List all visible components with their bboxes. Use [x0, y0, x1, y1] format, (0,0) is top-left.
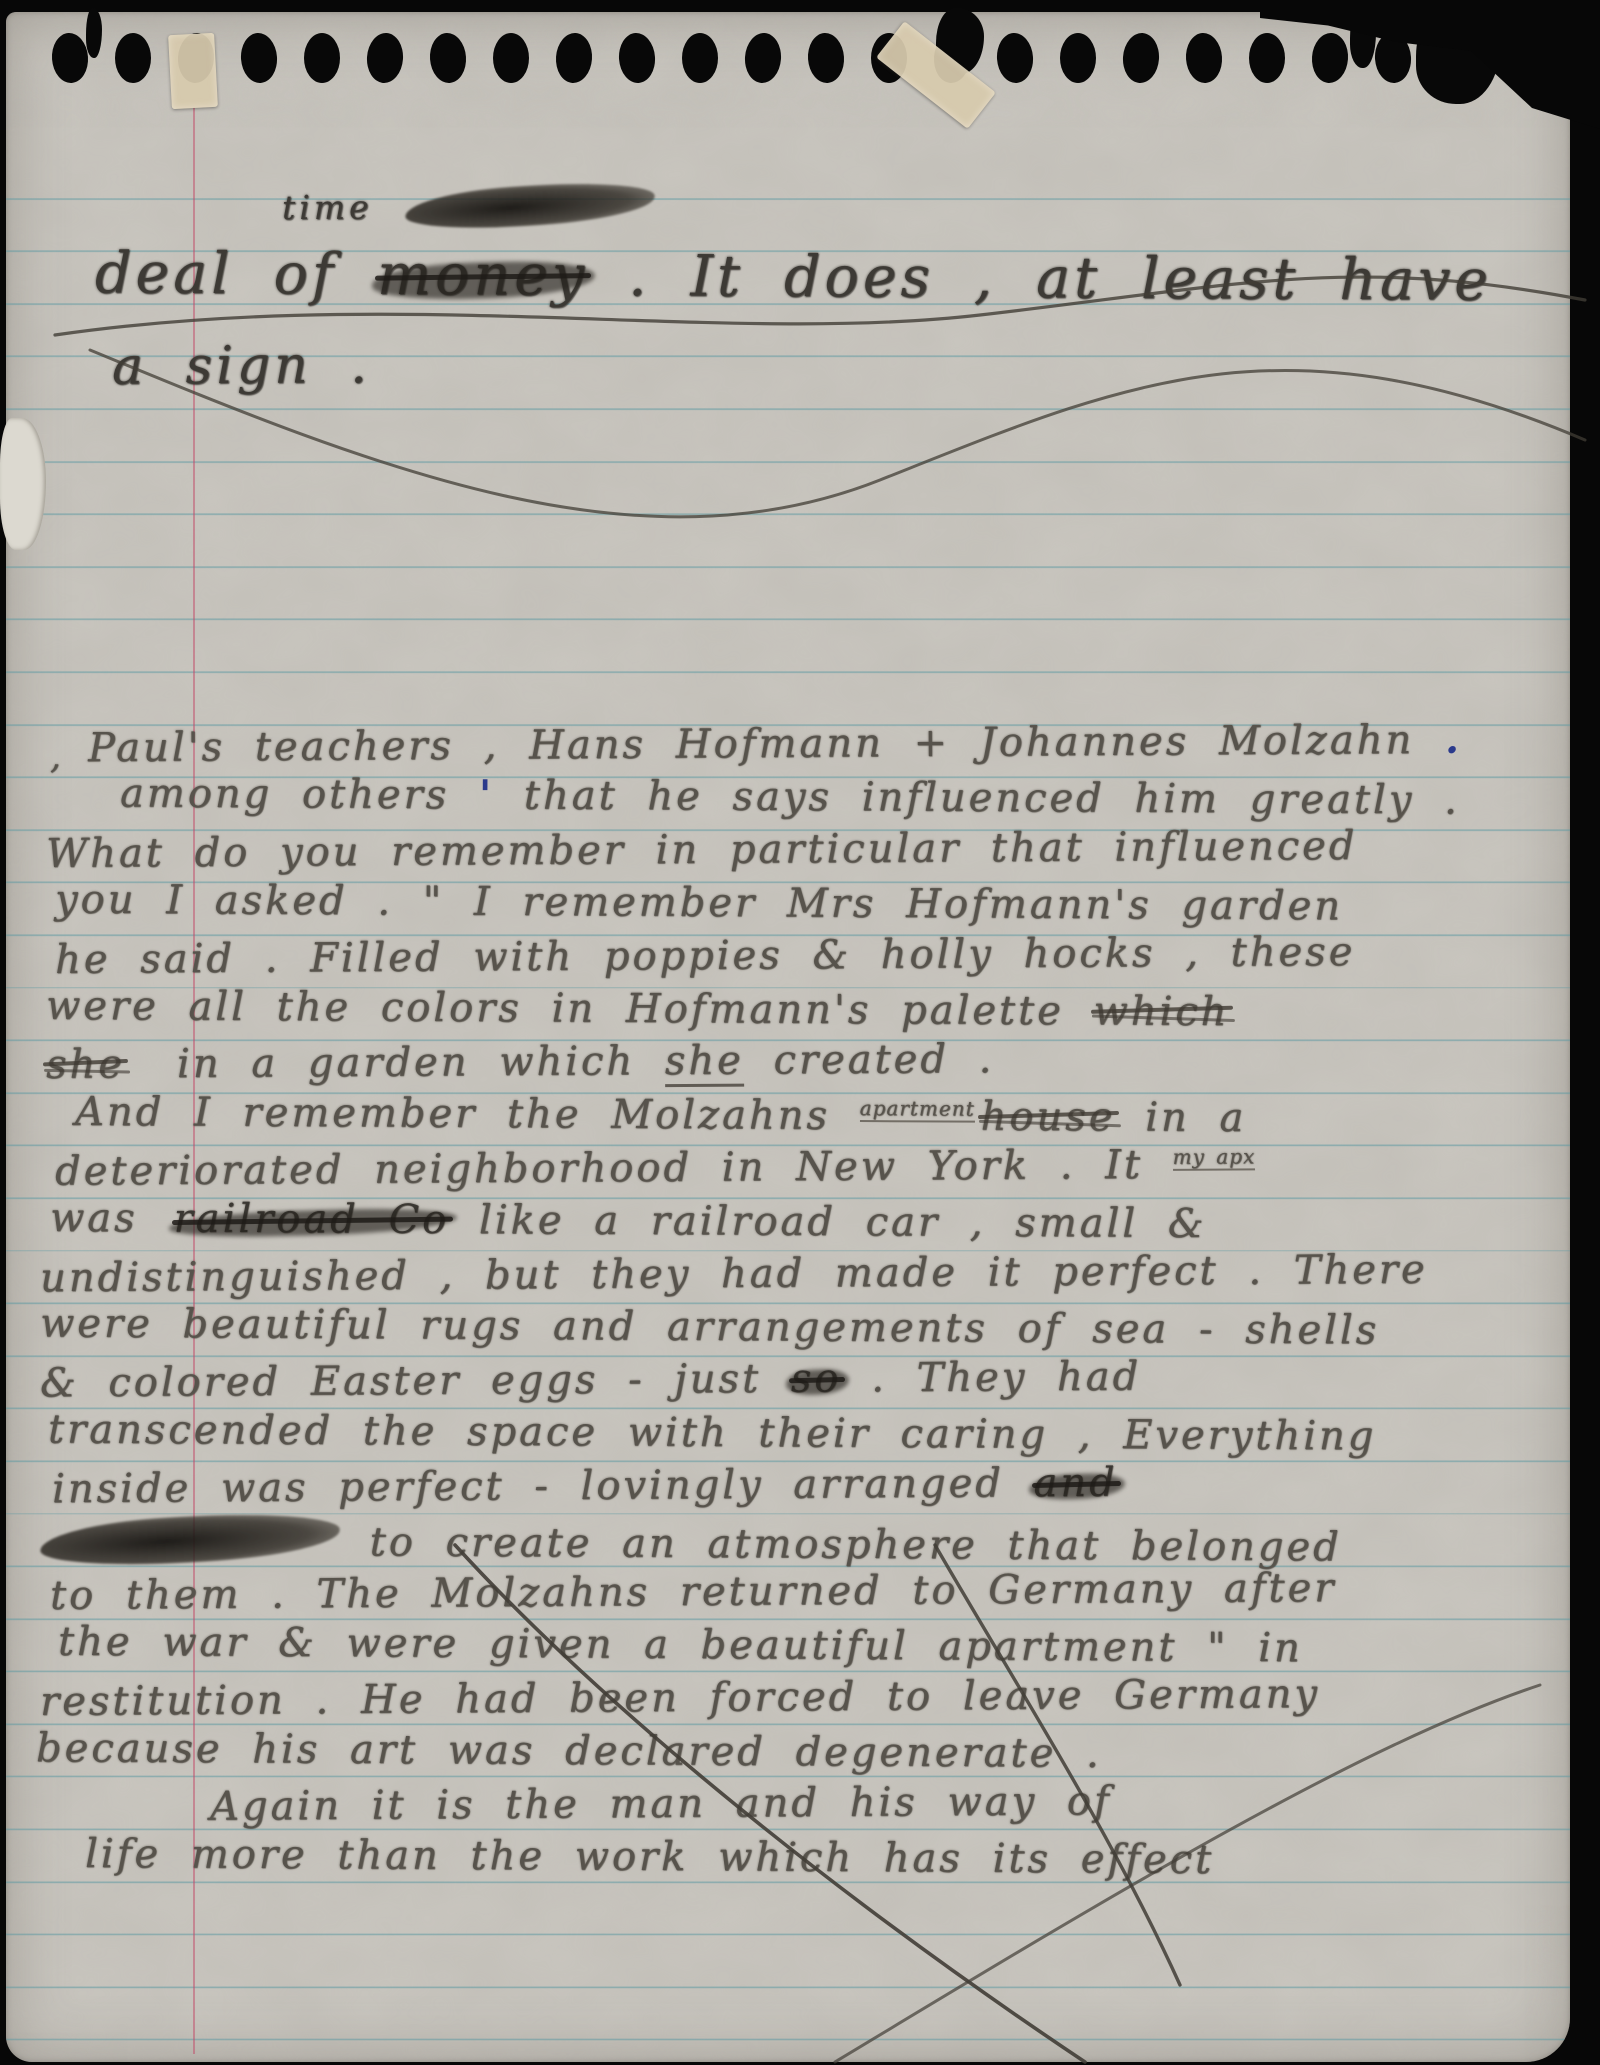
handwriting-segment: railroad Co	[174, 1196, 450, 1243]
handwritten-line: the war & were given a beautiful apartme…	[58, 1622, 1303, 1669]
scratched-out-word	[404, 177, 656, 234]
handwritten-line: wasrailroad Co like a railroad car , sma…	[50, 1198, 1207, 1244]
handwriting-segment: time	[282, 187, 405, 227]
handwriting-segment: you I asked . " I remember Mrs Hofmann's…	[55, 877, 1343, 930]
handwriting-segment: she	[46, 1041, 125, 1087]
handwritten-line: among others ' that he says influenced h…	[120, 773, 1460, 820]
handwritten-line: inside was perfect - lovingly arranged a…	[52, 1463, 1118, 1510]
handwriting-segment: ,	[50, 737, 64, 777]
handwritten-line: Again it is the man and his way of	[210, 1781, 1112, 1827]
handwritten-line: transcended the space with their caring …	[48, 1410, 1377, 1457]
handwritten-line: because his art was declared degenerate …	[36, 1728, 1102, 1774]
handwriting-segment: and	[1033, 1460, 1117, 1507]
handwriting-segment: in a	[1115, 1094, 1246, 1141]
handwritten-line: undistinguished , but they had made it p…	[40, 1250, 1428, 1298]
handwriting-segment: & colored Easter eggs - just	[40, 1356, 791, 1407]
handwriting-segment: to them . The Molzahns returned to Germa…	[50, 1565, 1337, 1619]
handwritten-text: time deal of money . It does , at least …	[0, 0, 1600, 2065]
handwritten-line: shein a garden which she created .	[46, 1039, 995, 1085]
handwriting-segment: among others	[120, 770, 479, 818]
handwritten-line: ,	[50, 740, 64, 774]
handwriting-segment: What do you remember in particular that …	[46, 823, 1358, 877]
handwriting-segment: inside was perfect - lovingly arranged	[52, 1460, 1034, 1512]
handwritten-line: deteriorated neighborhood in New York . …	[55, 1144, 1262, 1191]
handwritten-line: Paul's teachers , Hans Hofmann + Johanne…	[88, 720, 1462, 768]
handwriting-segment: transcended the space with their caring …	[48, 1407, 1377, 1460]
handwriting-segment: . They had	[841, 1354, 1141, 1402]
handwritten-line: a sign .	[112, 339, 371, 393]
handwriting-segment: undistinguished , but they had made it p…	[40, 1247, 1428, 1301]
handwriting-segment: he said . Filled with poppies & holly ho…	[55, 929, 1356, 983]
handwritten-line: you I asked . " I remember Mrs Hofmann's…	[55, 880, 1343, 927]
handwriting-segment: deteriorated neighborhood in New York . …	[55, 1142, 1173, 1195]
handwriting-segment: my apx	[1173, 1144, 1256, 1171]
handwriting-segment: the war & were given a beautiful apartme…	[58, 1619, 1303, 1672]
handwriting-segment: And I remember the Molzahns	[75, 1089, 860, 1139]
handwritten-line: deal of money . It does , at least have	[95, 245, 1492, 309]
handwriting-segment: apartment	[860, 1096, 975, 1123]
handwriting-segment: was	[50, 1195, 138, 1241]
handwriting-segment: were beautiful rugs and arrangements of …	[40, 1300, 1379, 1353]
handwriting-segment: created .	[744, 1036, 995, 1084]
handwritten-line: life more than the work which has its ef…	[85, 1834, 1214, 1880]
handwriting-segment: Paul's teachers , Hans Hofmann + Johanne…	[88, 717, 1414, 771]
handwriting-segment: so	[791, 1355, 842, 1401]
handwritten-line: were all the colors in Hofmann's palette…	[46, 986, 1230, 1032]
screenshot-root: time deal of money . It does , at least …	[0, 0, 1600, 2065]
handwritten-line: were beautiful rugs and arrangements of …	[40, 1303, 1379, 1350]
ink-mark: .	[1414, 716, 1462, 763]
handwriting-segment: which	[1093, 988, 1229, 1035]
handwriting-segment: she	[665, 1038, 744, 1087]
handwriting-segment: house	[981, 1094, 1116, 1141]
handwritten-line: to create an atmosphere that belonged	[40, 1516, 1342, 1569]
handwritten-line: time	[282, 185, 655, 227]
handwritten-line: What do you remember in particular that …	[46, 826, 1358, 874]
handwriting-segment: a sign .	[112, 335, 371, 397]
handwriting-segment: money	[377, 242, 588, 309]
handwritten-line: & colored Easter eggs - just so . They h…	[40, 1357, 1141, 1404]
handwriting-segment: Again it is the man and his way of	[210, 1778, 1112, 1830]
scratched-out-word	[39, 1508, 341, 1571]
handwritten-line: he said . Filled with poppies & holly ho…	[55, 932, 1356, 980]
handwriting-segment: that he says influenced him greatly .	[494, 772, 1460, 823]
handwriting-segment: like a railroad car , small &	[449, 1197, 1206, 1247]
handwriting-segment: were all the colors in Hofmann's palette	[46, 983, 1094, 1034]
handwritten-line: And I remember the Molzahns apartmenthou…	[75, 1092, 1246, 1138]
ink-mark: '	[479, 771, 494, 818]
handwriting-segment: restitution . He had been forced to leav…	[40, 1671, 1320, 1725]
handwriting-segment: because his art was declared degenerate …	[36, 1725, 1102, 1777]
handwriting-segment: deal of	[95, 240, 377, 307]
handwritten-line: restitution . He had been forced to leav…	[40, 1674, 1320, 1722]
handwriting-segment: to create an atmosphere that belonged	[340, 1519, 1342, 1570]
handwriting-segment: in a garden which	[177, 1038, 665, 1087]
handwriting-segment: life more than the work which has its ef…	[85, 1831, 1214, 1883]
handwriting-segment: . It does , at least have	[588, 243, 1492, 314]
handwritten-line: to them . The Molzahns returned to Germa…	[50, 1568, 1337, 1616]
